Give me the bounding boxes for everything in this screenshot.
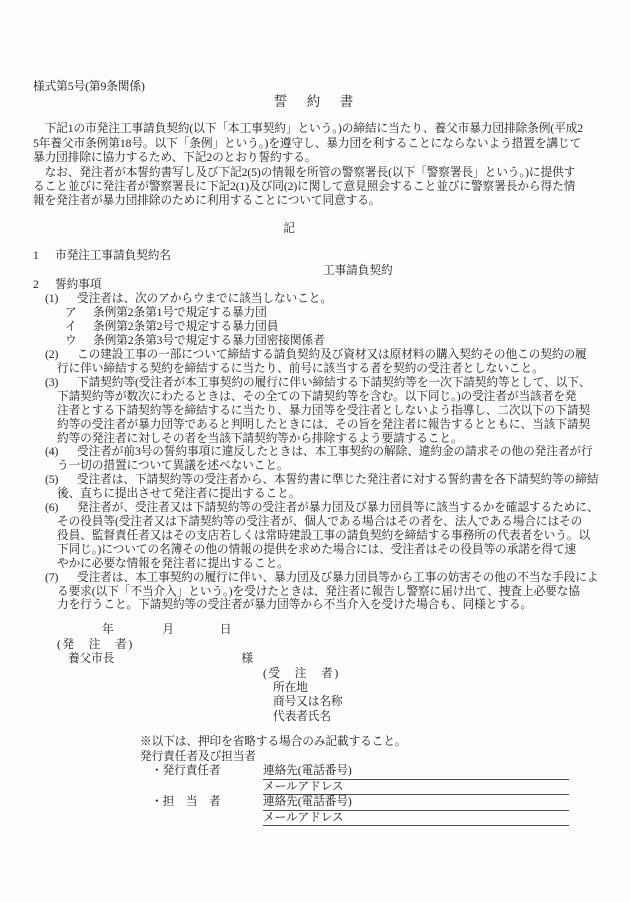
intro-line: ること並びに発注者が警察署長に下記2(1)及び同(2)に関して意見照会すること並… (33, 180, 597, 194)
section-number: 2 (33, 278, 55, 292)
year-label: 年 (102, 623, 114, 637)
contractor-company-name-label: 商号又は名称 (33, 695, 597, 709)
pledge-continuation-line: 行に伴い締結する契約を締結するに当たり、前号に該当する者を契約の受注者としないこ… (33, 362, 597, 376)
stamp-omission-note: ※以下は、押印を省略する場合のみ記載すること。 (33, 735, 597, 749)
contract-name-heading-label: 市発注工事請負契約名 (55, 249, 171, 262)
pledge-item-line: (4)受注者が前3号の誓約事項に違反したときは、本工事契約の解除、違約金の請求そ… (33, 445, 597, 459)
contract-name-heading: 1市発注工事請負契約名 (33, 249, 597, 263)
pledge-item-text: この建設工事の一部について締結する請負契約及び資材又は原材料の購入契約その他この… (77, 348, 587, 361)
contractor-address-label: 所在地 (33, 681, 597, 695)
pledge-item-text: 受注者は、下請契約等の受注者から、本誓約書に準じた発注者に対する誓約書を各下請契… (77, 473, 598, 486)
pledge-item-line: (5)受注者は、下請契約等の受注者から、本誓約書に準じた発注者に対する誓約書を各… (33, 473, 597, 487)
month-label: 月 (162, 623, 174, 637)
pledge-subitem-line: ア条例第2条第1号で規定する暴力団 (33, 306, 597, 320)
intro-line: 下記1の市発注工事請負契約(以下「本工事契約」という。)の締結に当たり、養父市暴… (33, 122, 597, 136)
intro-paragraphs: 下記1の市発注工事請負契約(以下「本工事契約」という。)の締結に当たり、養父市暴… (33, 122, 597, 208)
intro-line: 暴力団排除に協力するため、下記2のとおり誓約する。 (33, 151, 597, 165)
pledge-subitem-text: 条例第2条第2号で規定する暴力団員 (93, 320, 278, 333)
pledge-item-line: (2)この建設工事の一部について締結する請負契約及び資材又は原材料の購入契約その… (33, 348, 597, 362)
pledge-item-text: 受注者は、次のアからウまでに該当しないこと。 (77, 292, 332, 305)
honorific-sama: 様 (241, 652, 253, 665)
contact-role-label: ・担 当 者 (151, 795, 263, 810)
pledge-continuation-line: 下同じ。)についての名簿その他の情報の提供を求めた場合には、受注者はその役員等の… (33, 543, 597, 557)
pledge-item-line: (1)受注者は、次のアからウまでに該当しないこと。 (33, 292, 597, 306)
contractor-representative-label: 代表者氏名 (33, 710, 597, 724)
pledge-subitem-line: イ条例第2条第2号で規定する暴力団員 (33, 320, 597, 334)
item-number: (6) (45, 501, 77, 515)
document-title: 誓 約 書 (33, 94, 597, 110)
item-number: (3) (45, 376, 77, 390)
pledge-continuation-line: う一切の措置について異議を述べないこと。 (33, 459, 597, 473)
pledge-subitem-text: 条例第2条第3号で規定する暴力団密接関係者 (93, 334, 325, 347)
item-number: (1) (45, 292, 77, 306)
pledge-continuation-line: その役員等(受注者又は下請契約等の受注者が、個人である場合はその者を、法人である… (33, 515, 597, 529)
pledge-continuation-line: 力を行うこと。下請契約等の受注者が暴力団等から不当介入を受けた場合も、同様とする… (33, 598, 597, 612)
pledge-item-text: 下請契約等(受注者が本工事契約の履行に伴い締結する下請契約等を一次下請契約等とし… (77, 376, 590, 389)
contract-name-value: 工事請負契約 (33, 264, 597, 278)
pledge-continuation-line: 役員、監督責任者又はその支店若しくは常時建設工事の請負契約を締結する事務所の代表… (33, 529, 597, 543)
contact-section-heading: 発行責任者及び担当者 (33, 750, 597, 764)
subitem-marker: ア (65, 306, 93, 320)
pledge-item-text: 発注者が、受注者又は下請契約等の受注者が暴力団及び暴力団員等に該当するかを確認す… (77, 501, 598, 514)
pledge-item-line: (7)受注者は、本工事契約の履行に伴い、暴力団及び暴力団員等から工事の妨害その他… (33, 571, 597, 585)
contact-role-label: ・発行責任者 (151, 764, 263, 779)
pledge-item-line: (6)発注者が、受注者又は下請契約等の受注者が暴力団及び暴力団員等に該当するかを… (33, 501, 597, 515)
item-number: (2) (45, 348, 77, 362)
subitem-marker: ウ (65, 334, 93, 348)
form-number-label: 様式第5号(第9条関係) (33, 80, 597, 94)
contact-row: メールアドレス (33, 780, 597, 796)
record-marker: 記 (7, 222, 571, 236)
item-number: (5) (45, 473, 77, 487)
pledge-items: (1)受注者は、次のアからウまでに該当しないこと。 ア条例第2条第1号で規定する… (33, 292, 597, 612)
pledge-document-page: 様式第5号(第9条関係) 誓 約 書 下記1の市発注工事請負契約(以下「本工事契… (0, 0, 630, 903)
pledge-section-heading: 2誓約事項 (33, 278, 597, 292)
orderer-label: (発 注 者) (33, 638, 597, 652)
pledge-continuation-line: 後、直ちに提出させて発注者に提出すること。 (33, 487, 597, 501)
contact-row: ・担 当 者連絡先(電話番号) (33, 795, 597, 811)
intro-line: 5年養父市条例第18号。以下「条例」という。)を遵守し、暴力団を利することになら… (33, 137, 597, 151)
orderer-name: 養父市長 (68, 652, 114, 665)
pledge-item-text: 受注者が前3号の誓約事項に違反したときは、本工事契約の解除、違約金の請求その他の… (77, 445, 593, 458)
intro-line: なお、発注者が本誓約書写し及び下記2(5)の情報を所管の警察署長(以下「警察署長… (33, 166, 597, 180)
pledge-continuation-line: 約等の発注者に対しその者を当該下請契約等から排除するよう要請すること。 (33, 432, 597, 446)
pledge-continuation-line: 下請契約等が数次にわたるときは、その全ての下請契約等を含む。以下同じ。)の受注者… (33, 390, 597, 404)
pledge-continuation-line: る要求(以下「不当介入」という。)を受けたときは、発注者に報告し警察に届け出て、… (33, 585, 597, 599)
pledge-subitem-line: ウ条例第2条第3号で規定する暴力団密接関係者 (33, 334, 597, 348)
contact-email-fill-line: メールアドレス (263, 780, 569, 796)
subitem-marker: イ (65, 320, 93, 334)
contact-email-fill-line: メールアドレス (263, 811, 569, 827)
contact-row: ・発行責任者連絡先(電話番号) (33, 764, 597, 780)
contact-row: メールアドレス (33, 811, 597, 827)
pledge-item-text: 受注者は、本工事契約の履行に伴い、暴力団及び暴力団員等から工事の妨害その他の不当… (77, 571, 598, 584)
contractor-label: (受 注 者) (33, 667, 597, 681)
pledge-continuation-line: 注者とする下請契約等を締結するに当たり、暴力団等を受注者としないよう指導し、二次… (33, 404, 597, 418)
pledge-continuation-line: 約等の受注者が暴力団等であると判明したときには、その旨を発注者に報告するとともに… (33, 418, 597, 432)
pledge-item-line: (3)下請契約等(受注者が本工事契約の履行に伴い締結する下請契約等を一次下請契約… (33, 376, 597, 390)
orderer-name-line: 養父市長様 (33, 652, 597, 666)
pledge-subitem-text: 条例第2条第1号で規定する暴力団 (93, 306, 267, 319)
contact-phone-fill-line: 連絡先(電話番号) (263, 764, 569, 780)
section-number: 1 (33, 249, 55, 263)
pledge-continuation-line: やかに必要な情報を発注者に提出すること。 (33, 557, 597, 571)
date-line: 年 月 日 (33, 623, 597, 637)
contact-phone-fill-line: 連絡先(電話番号) (263, 795, 569, 811)
pledge-section-heading-label: 誓約事項 (55, 278, 101, 291)
item-number: (7) (45, 571, 77, 585)
day-label: 日 (220, 623, 232, 637)
item-number: (4) (45, 445, 77, 459)
intro-line: 報を発注者が暴力団排除のために利用することについて同意する。 (33, 194, 597, 208)
